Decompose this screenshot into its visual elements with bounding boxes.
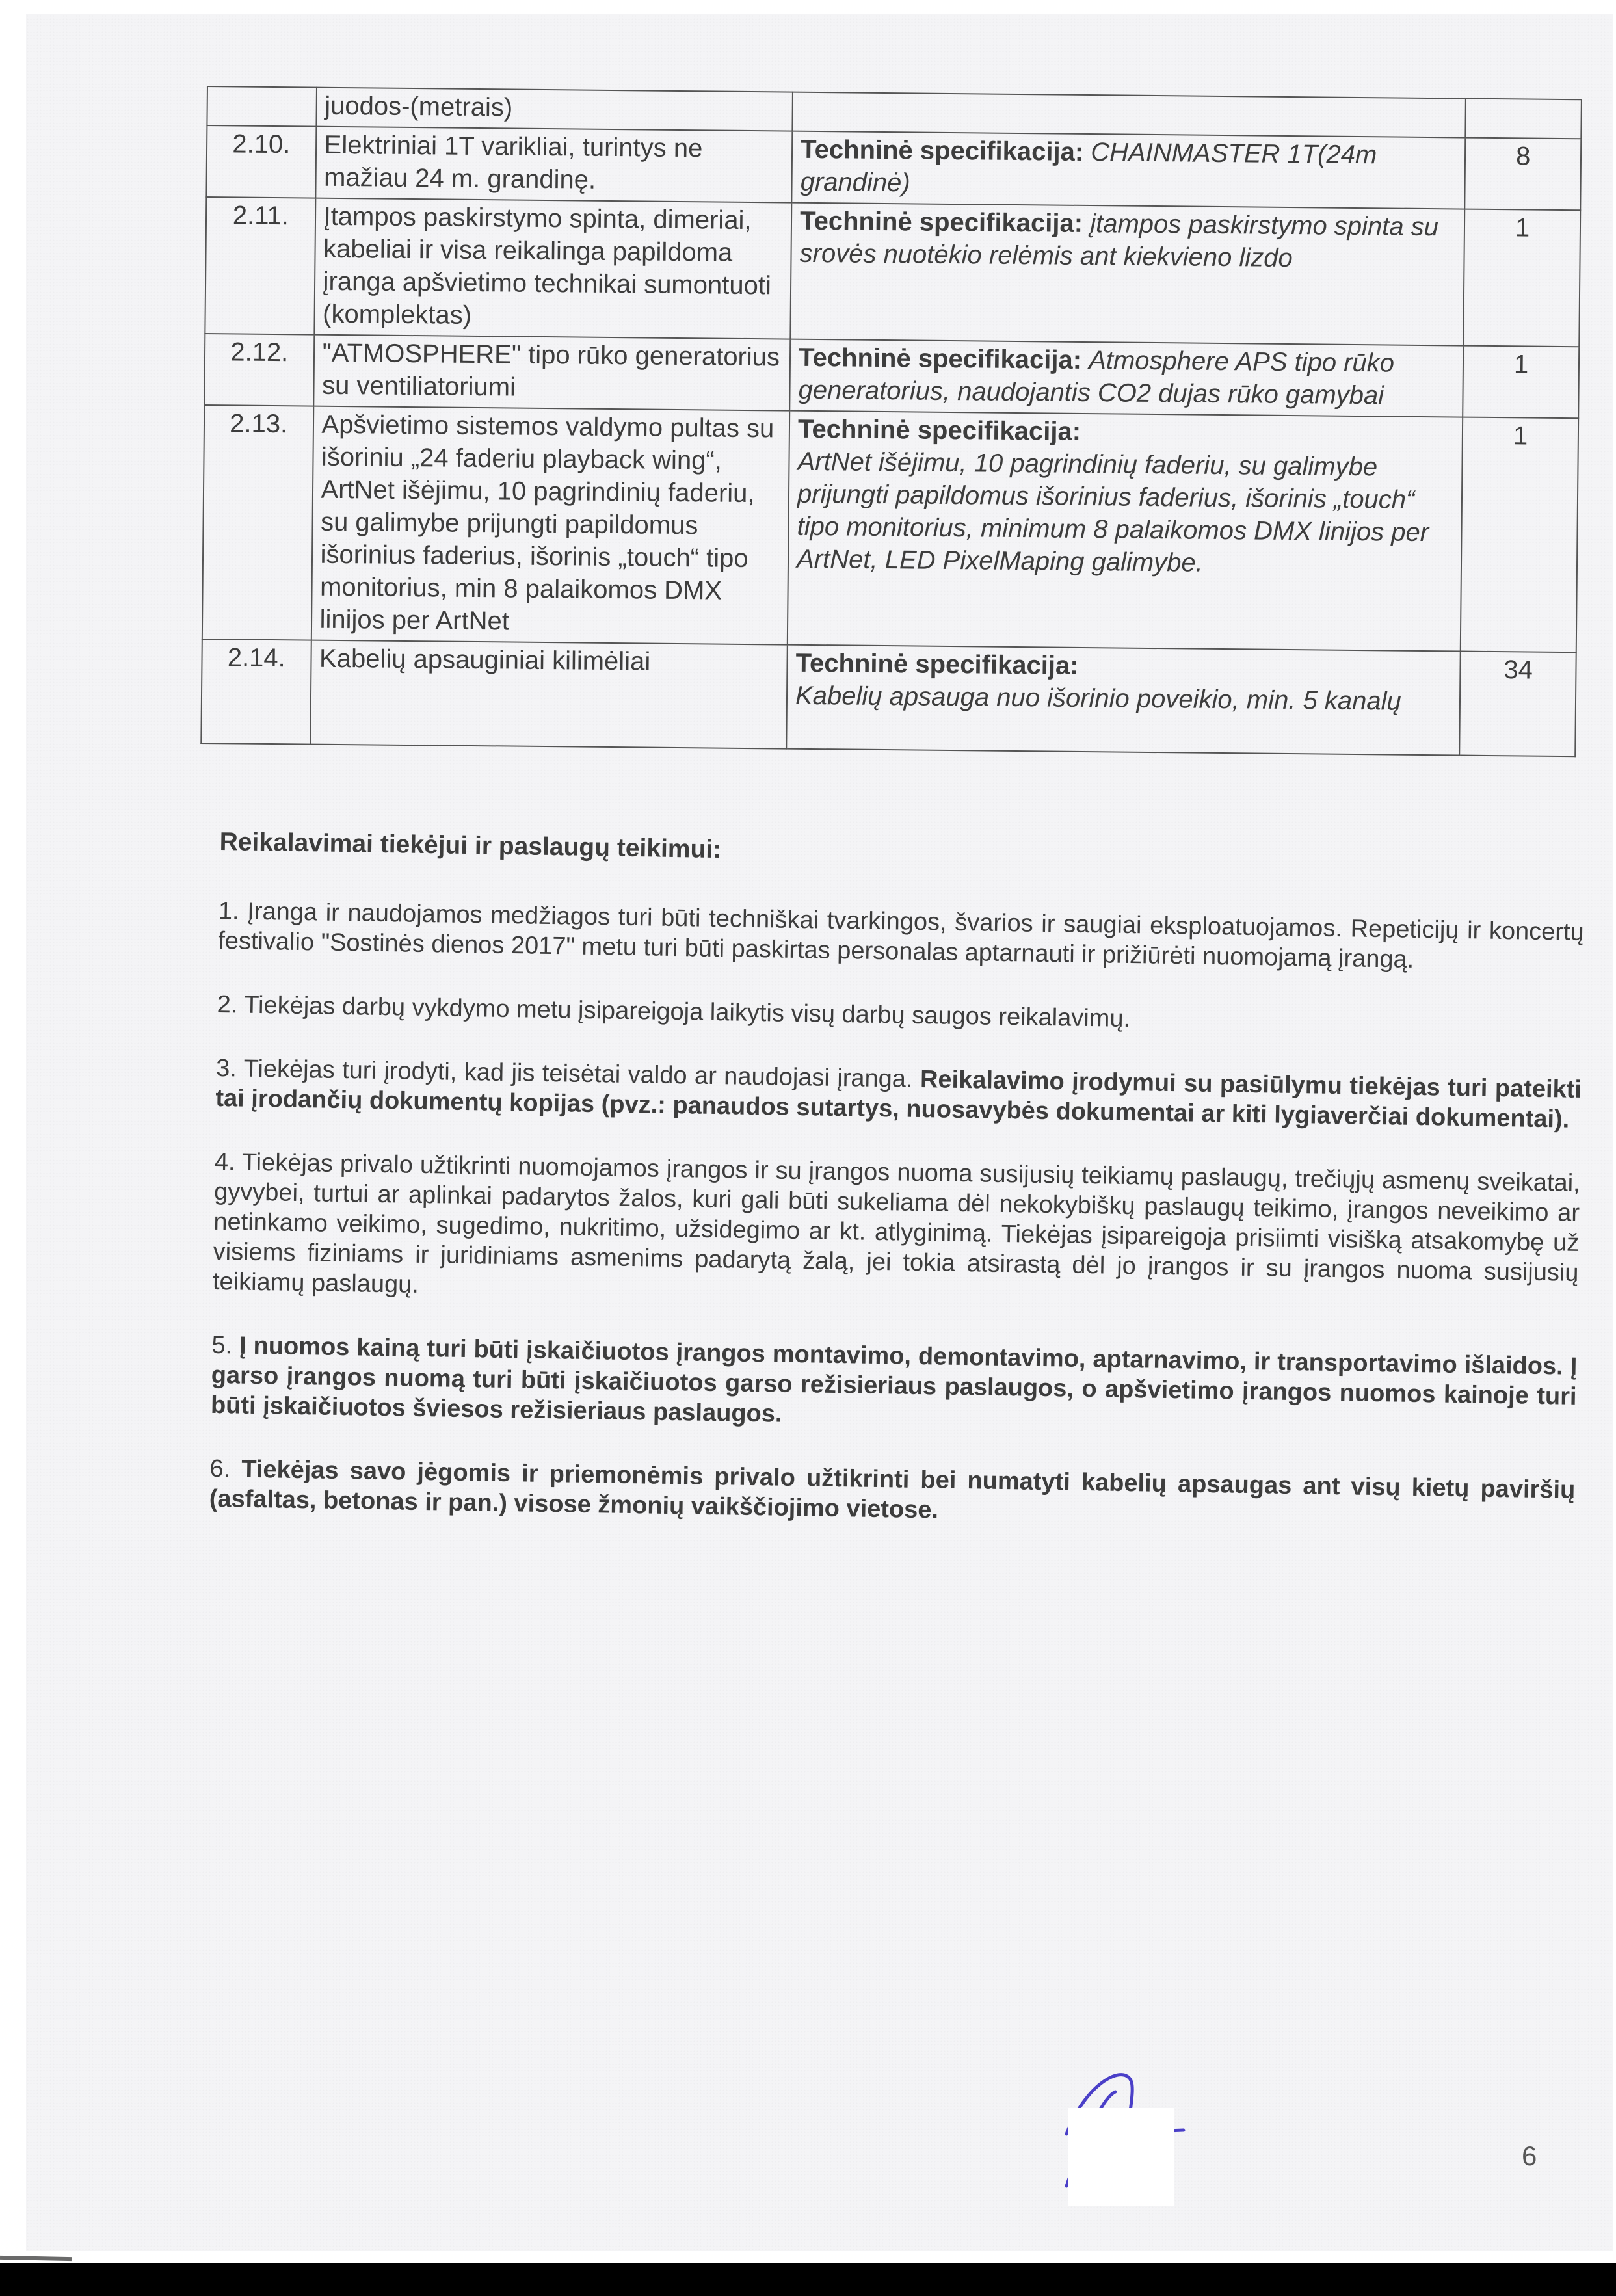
item-spec: Techninė specifikacija: CHAINMASTER 1T(2… [791,131,1465,209]
requirement-item: 1. Įranga ir naudojamos medžiagos turi b… [218,896,1584,977]
item-quantity: 34 [1460,652,1576,757]
page-edge-shadow [0,2256,72,2261]
requirement-item: 5. Į nuomos kainą turi būti įskaičiuotos… [211,1330,1578,1442]
item-name: Kabelių apsauginiai kilimėliai [310,640,788,749]
table-row: 2.10. Elektriniai 1T varikliai, turintys… [206,125,1581,210]
spec-value: Kabelių apsauga nuo išorinio poveikio, m… [795,681,1401,716]
item-number: 2.11. [205,197,315,335]
item-number: 2.14. [201,639,311,745]
item-number: 2.10. [206,125,316,198]
redaction-box [1068,2108,1174,2206]
requirement-text: 6. [209,1455,241,1483]
item-quantity: 1 [1461,417,1578,653]
item-name: juodos-(metrais) [316,88,793,131]
item-name: Elektriniai 1T varikliai, turintys ne ma… [315,127,793,203]
requirement-text: 2. Tiekėjas darbų vykdymo metu įsipareig… [217,991,1130,1033]
item-spec [792,92,1466,138]
item-quantity: 1 [1463,346,1580,419]
requirement-text: 1. Įranga ir naudojamos medžiagos turi b… [218,897,1584,973]
requirement-text: 4. Tiekėjas privalo užtikrinti nuomojamo… [213,1148,1580,1299]
table-row: 2.13. Apšvietimo sistemos valdymo pultas… [202,405,1578,652]
page-number: 6 [1522,2141,1537,2172]
item-spec: Techninė specifikacija: Atmosphere APS t… [789,339,1463,417]
scanned-page: juodos-(metrais) 2.10. Elektriniai 1T va… [26,14,1613,2251]
requirement-item: 4. Tiekėjas privalo užtikrinti nuomojamo… [213,1147,1580,1318]
spec-label: Techninė specifikacija: [798,415,1081,446]
table-row: 2.11. Įtampos paskirstymo spinta, dimeri… [205,197,1580,347]
requirement-bold-text: Tiekėjas savo jėgomis ir priemonėmis pri… [209,1456,1575,1524]
document-page: juodos-(metrais) 2.10. Elektriniai 1T va… [26,14,1613,2251]
spec-label: Techninė specifikacija: [795,649,1078,680]
requirement-bold-text: Į nuomos kainą turi būti įskaičiuotos įr… [211,1332,1578,1428]
item-name: "ATMOSPHERE" tipo rūko generatorius su v… [313,335,791,411]
item-spec: Techninė specifikacija: įtampos paskirst… [790,203,1464,346]
requirement-item: 3. Tiekėjas turi įrodyti, kad jis teisėt… [215,1053,1582,1135]
item-name: Apšvietimo sistemos valdymo pultas su iš… [311,406,789,645]
item-number: 2.12. [204,334,314,406]
requirement-item: 2. Tiekėjas darbų vykdymo metu įsipareig… [217,990,1582,1041]
item-name: Įtampos paskirstymo spinta, dimeriai, ka… [314,198,792,339]
requirement-item: 6. Tiekėjas savo jėgomis ir priemonėmis … [209,1454,1575,1535]
item-number [207,86,316,127]
spec-label: Techninė specifikacija: [800,207,1083,238]
requirements-heading: Reikalavimai tiekėjui ir paslaugų teikim… [219,827,1585,878]
item-spec: Techninė specifikacija:ArtNet išėjimu, 1… [788,411,1463,652]
spec-label: Techninė specifikacija: [801,135,1083,166]
spec-label: Techninė specifikacija: [799,343,1081,375]
spec-value: ArtNet išėjimu, 10 pagrindinių faderiu, … [797,447,1429,577]
table-row: 2.12. "ATMOSPHERE" tipo rūko generatoriu… [204,334,1579,418]
item-quantity: 1 [1464,209,1581,347]
item-quantity [1466,99,1582,139]
requirement-text: 5. [211,1332,239,1360]
item-number: 2.13. [202,405,313,640]
item-spec: Techninė specifikacija:Kabelių apsauga n… [786,645,1461,756]
equipment-table: juodos-(metrais) 2.10. Elektriniai 1T va… [200,86,1582,757]
item-quantity: 8 [1465,138,1582,211]
requirements-section: Reikalavimai tiekėjui ir paslaugų teikim… [209,827,1585,1569]
table-row: 2.14. Kabelių apsauginiai kilimėliai Tec… [201,639,1576,756]
scan-bottom-border [0,2263,1616,2296]
